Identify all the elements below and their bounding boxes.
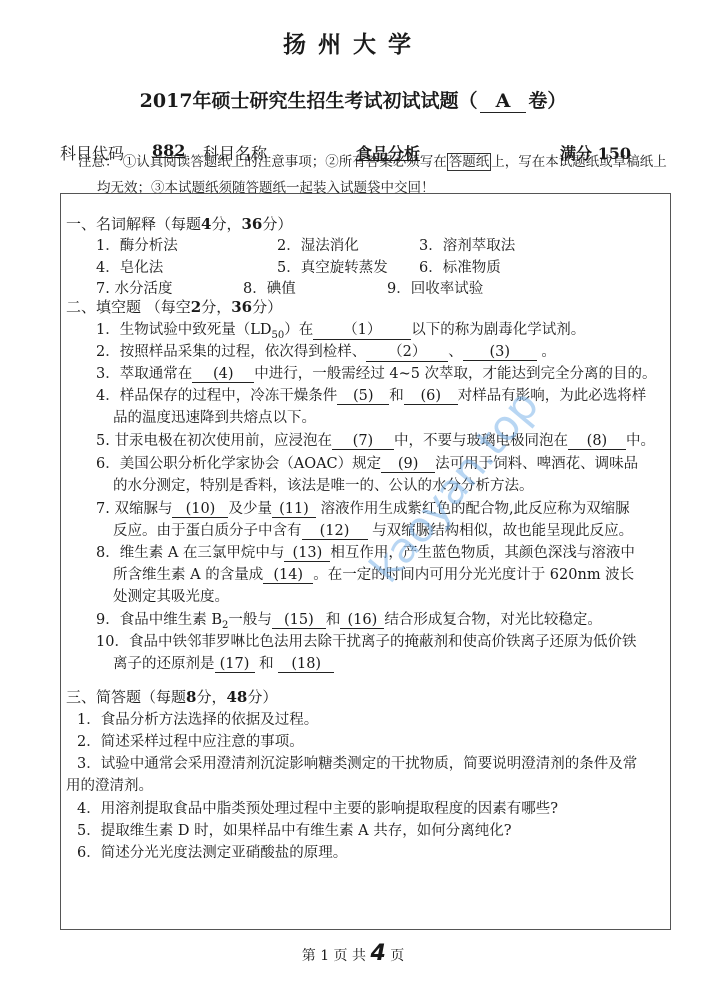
blank-11: (11) [272,501,316,518]
fill-question-3: 3．萃取通常在(4)中进行，一般需经过 4~5 次萃取，才能达到完全分离的目的。 [96,362,657,383]
blank-17: (17) [215,656,255,673]
fill-question-6: 6．美国公职分析化学家协会（AOAC）规定(9)法可用于饲料、啤酒花、调味品 [96,452,638,473]
fill-question-10-cont: 离子的还原剂是(17) 和 (18) [113,652,334,673]
blank-5: (5) [337,388,389,405]
fill-question-7: 7. 双缩脲与(10)及少量(11) 溶液作用生成紫红色的配合物,此反应称为双缩… [96,497,630,518]
section-1-title: 一、名词解释（每题4分，36分） [66,213,292,234]
short-question-3-cont: 用的澄清剂。 [66,774,153,795]
short-question-1: 1．食品分析方法选择的依据及过程。 [77,708,318,729]
fill-question-7-cont: 反应。由于蛋白质分子中含有(12) 与双缩脲结构相似，故也能呈现此反应。 [113,519,633,540]
short-question-3: 3．试验中通常会采用澄清剂沉淀影响糖类测定的干扰物质，简要说明澄清剂的条件及常 [77,752,637,773]
blank-1: （1） [313,318,411,340]
fill-question-4: 4．样品保存的过程中，冷冻干燥条件(5)和(6)对样品有影响，为此必选将样 [96,384,646,405]
term-item: 9．回收率试验 [387,277,483,298]
blank-14: (14) [263,567,313,584]
term-item: 3．溶剂萃取法 [419,234,515,255]
university-name: 扬州大学 [0,26,706,59]
short-question-2: 2．简述采样过程中应注意的事项。 [77,730,304,751]
section-3-title: 三、简答题（每题8分，48分） [66,686,277,707]
section-2-title: 二、填空题 （每空2分，36分） [66,296,282,317]
blank-4: (4) [192,366,254,383]
blank-3: (3) [463,344,537,361]
term-item: 8．碘值 [243,277,296,298]
fill-question-5: 5. 甘汞电极在初次使用前，应浸泡在(7)中，不要与玻璃电极同泡在(8)中。 [96,429,655,450]
blank-7: (7) [332,433,394,450]
fill-question-2: 2．按照样品采集的过程，依次得到检样、（2）、(3) 。 [96,340,556,362]
page-number: 第 1 页 共 4 页 [0,941,706,966]
fill-question-1: 1．生物试验中致死量（LD50）在（1）以下的称为剧毒化学试剂。 [96,318,585,341]
blank-15: (15) [272,612,326,629]
fill-question-8: 8．维生素 A 在三氯甲烷中与(13)相互作用，产生蓝色物质，其颜色深浅与溶液中 [96,541,635,562]
blank-9: (9) [381,456,435,473]
paper-version: A [480,90,527,113]
blank-12: (12) [302,523,368,540]
fill-question-10: 10．食品中铁邻菲罗啉比色法用去除干扰离子的掩蔽剂和使高价铁离子还原为低价铁 [96,630,636,651]
term-item: 2．湿法消化 [277,234,359,255]
fill-question-8-cont: 所含维生素 A 的含量成(14)。在一定的时间内可用分光光度计于 620nm 波… [113,563,634,584]
exam-title-suffix: 卷） [528,90,566,112]
blank-2: （2） [366,340,448,362]
fill-question-6-cont: 的水分测定，特别是香料，该法是唯一的、公认的水分分析方法。 [113,474,534,495]
exam-title: 2017年硕士研究生招生考试初试试题（A卷） [0,86,706,113]
term-item: 5．真空旋转蒸发 [277,256,388,277]
blank-13: (13) [284,545,330,562]
blank-10: (10) [172,501,228,518]
notice-line-1: 注意： ①认真阅读答题纸上的注意事项；②所有答案必须写在答题纸上，写在本试题纸或… [78,150,667,170]
fill-question-9: 9．食品中维生素 B2一般与(15)和(16)结合形成复合物，对光比较稳定。 [96,608,602,631]
short-question-4: 4．用溶剂提取食品中脂类预处理过程中主要的影响提取程度的因素有哪些? [77,797,558,818]
blank-18: (18) [278,656,334,673]
exam-title-prefix: 2017年硕士研究生招生考试初试试题（ [140,90,478,112]
fill-question-4-cont: 品的温度迅速降到共熔点以下。 [113,406,316,427]
short-question-6: 6．简述分光光度法测定亚硝酸盐的原理。 [77,841,347,862]
term-item: 4．皂化法 [96,256,163,277]
term-item: 6．标准物质 [419,256,501,277]
blank-8: (8) [568,433,626,450]
term-item: 1．酶分析法 [96,234,178,255]
short-question-5: 5．提取维生素 D 时，如果样品中有维生素 A 共存，如何分离纯化? [77,819,512,840]
blank-6: (6) [404,388,458,405]
term-item: 7. 水分活度 [96,277,172,298]
answer-sheet-boxed: 答题纸 [447,153,492,171]
blank-16: (16) [340,612,384,629]
fill-question-8-cont2: 处测定其吸光度。 [113,585,229,606]
